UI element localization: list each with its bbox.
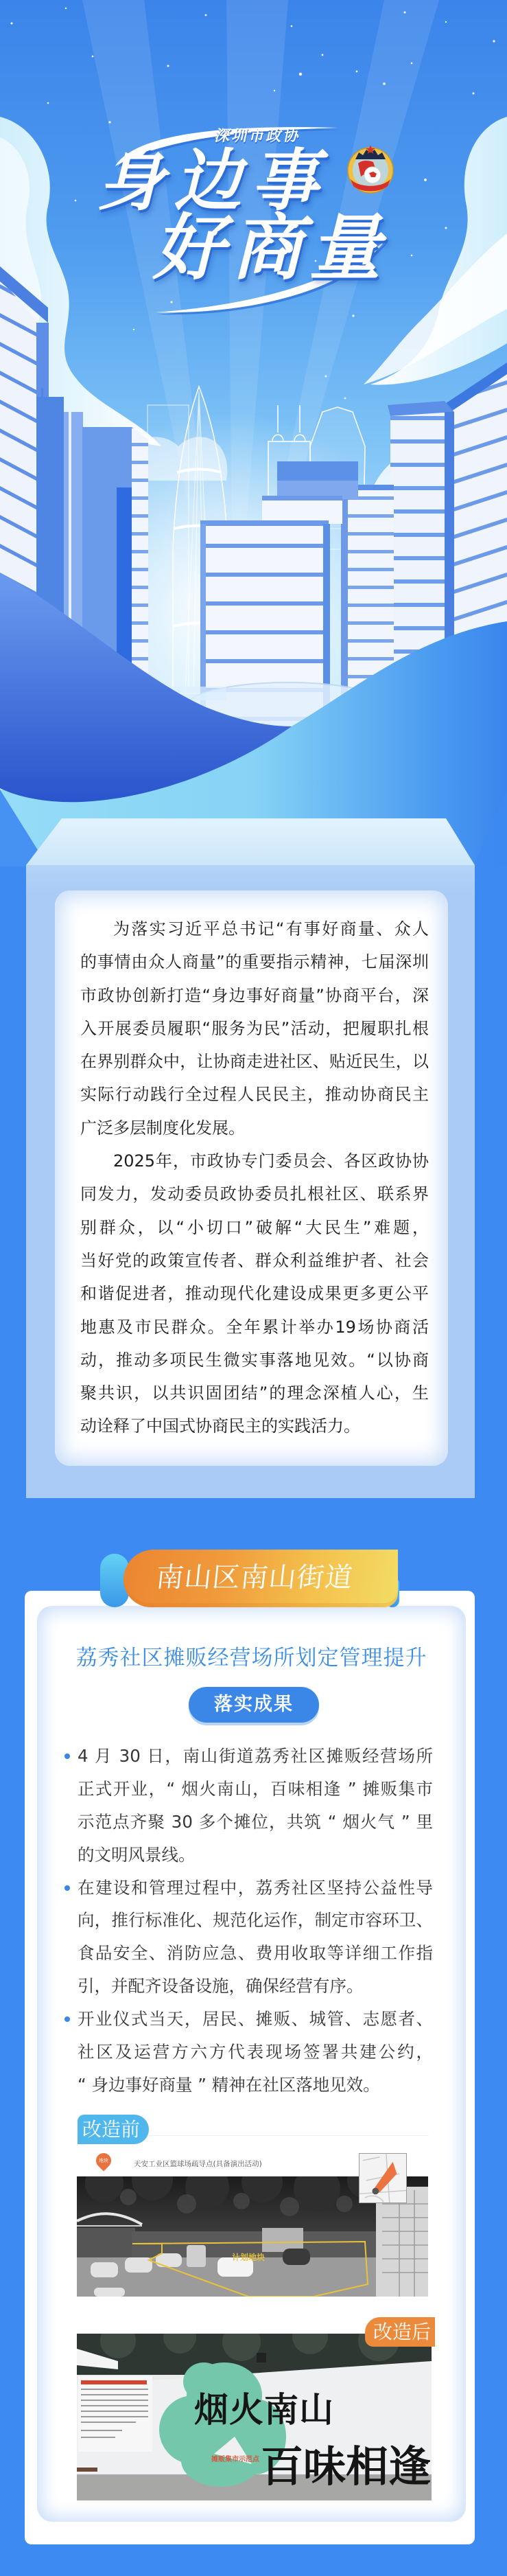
before-photo[interactable]: 地块 天安工业区篮球场疏导点(具备演出活动) (77, 2151, 428, 2297)
text-line: 实际行动践行全过程人民民主，推动协商民主 (80, 1078, 429, 1111)
text-line: 在建设和管理过程中，荔秀社区坚持公益性导 (78, 1872, 433, 1905)
list-item: 4 月 30 日，南山街道荔秀社区摊贩经营场所 正式开业，“ 烟火南山，百味相逢… (78, 1740, 433, 1872)
before-tag: 改造前 (78, 2115, 149, 2144)
text-line: 入开展委员履职“服务为民”活动，把履职扎根 (80, 1012, 429, 1045)
text-line: 地惠及市民群众。全年累计举办19场协商活 (80, 1311, 429, 1344)
text-line: 社区及运营方六方代表现场签署共建公约， (78, 2036, 433, 2069)
text-line: 的事情由众人商量”的重要指示精神，七届深圳 (80, 945, 429, 978)
list-item: 在建设和管理过程中，荔秀社区坚持公益性导 向，推行标准化、规范化运作，制定市容环… (78, 1872, 433, 2003)
text-line: 当好党的政策宣传者、群众利益维护者、社会 (80, 1244, 429, 1277)
results-badge: 落实成果 (189, 1687, 319, 1723)
text-line: 和谐促进者，推动现代化建设成果更多更公平 (80, 1277, 429, 1310)
text-line: 正式开业，“ 烟火南山，百味相逢 ” 摊贩集市 (78, 1773, 433, 1806)
text-line: 动，推动多项民生微实事落地见效。“以协商 (80, 1344, 429, 1377)
text-line: 广泛多层制度化发展。 (80, 1112, 429, 1145)
divider (149, 2135, 429, 2136)
wall-slogan-line2: 百味相逢 (261, 2441, 431, 2492)
text-line: 为落实习近平总书记“有事好商量、众人 (80, 912, 429, 945)
text-line: 在界别群众中，让协商走进社区、贴近民生，以 (80, 1045, 429, 1078)
text-line: 2025年，市政协专门委员会、各区政协协 (80, 1145, 429, 1177)
intro-box-lid (26, 818, 475, 865)
text-line: 开业仪式当天，居民、摊贩、城管、志愿者、 (78, 2003, 433, 2036)
pin-label: 地块 (95, 2157, 112, 2164)
plot-label: 计划地块 (232, 2252, 265, 2262)
list-item: 开业仪式当天，居民、摊贩、城管、志愿者、 社区及运营方六方代表现场签署共建公约，… (78, 2003, 433, 2102)
text-line: 动诠释了中国式协商民主的实践活力。 (80, 1410, 429, 1442)
wall-sub-label: 摊贩集市示范点 (211, 2454, 260, 2463)
text-line: 别群众，以“小切口”破解“大民生”难题， (80, 1211, 429, 1244)
intro-paragraph: 为落实习近平总书记“有事好商量、众人 的事情由众人商量”的重要指示精神，七届深圳… (80, 912, 429, 1145)
map-inset (359, 2153, 407, 2203)
text-line: 示范点齐聚 30 多个摊位，共筑 “ 烟火气 ” 里 (78, 1806, 433, 1839)
hero-title-line2: 好商量 (150, 210, 403, 286)
case-title: 荔秀社区摊贩经营场所划定管理提升 (37, 1644, 466, 1672)
text-line: 市政协创新打造“身边事好商量”协商平台，深 (80, 979, 429, 1012)
bullet-dot-icon (64, 1885, 70, 1891)
district-banner: 南山区南山街道 (100, 1550, 399, 1607)
after-photo[interactable]: 摊贩集市示范点 烟火南山 百味相逢 (77, 2334, 432, 2500)
article-page: 深圳市政协 身边事 好商量 为落实习近平总书记“有事好商量、众人 的事情由众人商… (0, 0, 507, 2576)
text-line: 4 月 30 日，南山街道荔秀社区摊贩经营场所 (78, 1740, 433, 1773)
text-line: 向，推行标准化、规范化运作，制定市容环卫、 (78, 1904, 433, 1937)
bullet-dot-icon (64, 1753, 70, 1759)
after-photo-image: 摊贩集市示范点 烟火南山 百味相逢 (77, 2334, 432, 2500)
text-line: “ 身边事好商量 ” 精神在社区落地见效。 (78, 2069, 433, 2102)
text-line: 聚共识，以共识固团结”的理念深植人心，生 (80, 1377, 429, 1410)
banner-ribbon: 南山区南山街道 (123, 1550, 398, 1607)
text-line: 同发力，发动委员政协委员扎根社区、联系界 (80, 1177, 429, 1210)
text-line: 引，并配齐设备设施，确保经营有序。 (78, 1970, 433, 2003)
photo-caption: 天安工业区篮球场疏导点(具备演出活动) (134, 2159, 262, 2169)
results-list: 4 月 30 日，南山街道荔秀社区摊贩经营场所 正式开业，“ 烟火南山，百味相逢… (78, 1740, 433, 2102)
intro-text: 为落实习近平总书记“有事好商量、众人 的事情由众人商量”的重要指示精神，七届深圳… (80, 912, 429, 1443)
intro-paragraph: 2025年，市政协专门委员会、各区政协协 同发力，发动委员政协委员扎根社区、联系… (80, 1145, 429, 1443)
text-line: 食品安全、消防应急、费用收取等详细工作指 (78, 1937, 433, 1970)
district-name: 南山区南山街道 (121, 1550, 401, 1607)
wall-slogan-line1: 烟火南山 (193, 2389, 334, 2430)
after-tag: 改造后 (365, 2317, 435, 2347)
text-line: 的文明风景线。 (78, 1839, 433, 1872)
cppcc-emblem-icon (345, 143, 396, 194)
